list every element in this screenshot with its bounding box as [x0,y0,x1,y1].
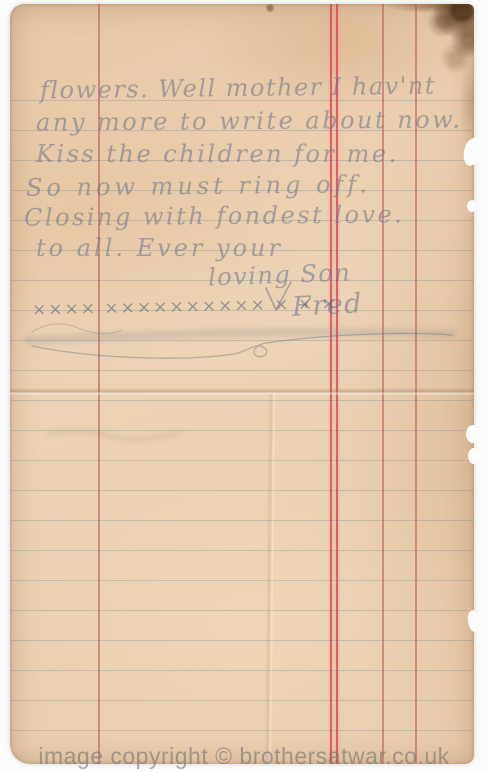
handwriting-line-6: to all. Ever your [36,234,283,262]
handwriting-line-3: Kiss the children for me. [36,140,399,168]
copyright-watermark: image copyright © brothersatwar.co.uk [0,743,488,770]
handwriting-line-5: Closing with fondest love. [24,200,405,231]
handwriting-closing: loving Son [208,259,352,292]
letter-page: flowers. Well mother I hav'nt any more t… [10,4,474,764]
handwriting-line-2: any more to write about now. [36,106,463,137]
torn-edge-notch [466,425,480,443]
scanned-letter-image: flowers. Well mother I hav'nt any more t… [0,0,488,772]
torn-edge-notch [467,200,477,212]
handwriting-line-1: flowers. Well mother I hav'nt [40,72,436,105]
torn-edge-notch [468,448,480,464]
horizontal-fold-crease [10,388,474,395]
handwriting-line-4: So now must ring off. [26,170,371,202]
